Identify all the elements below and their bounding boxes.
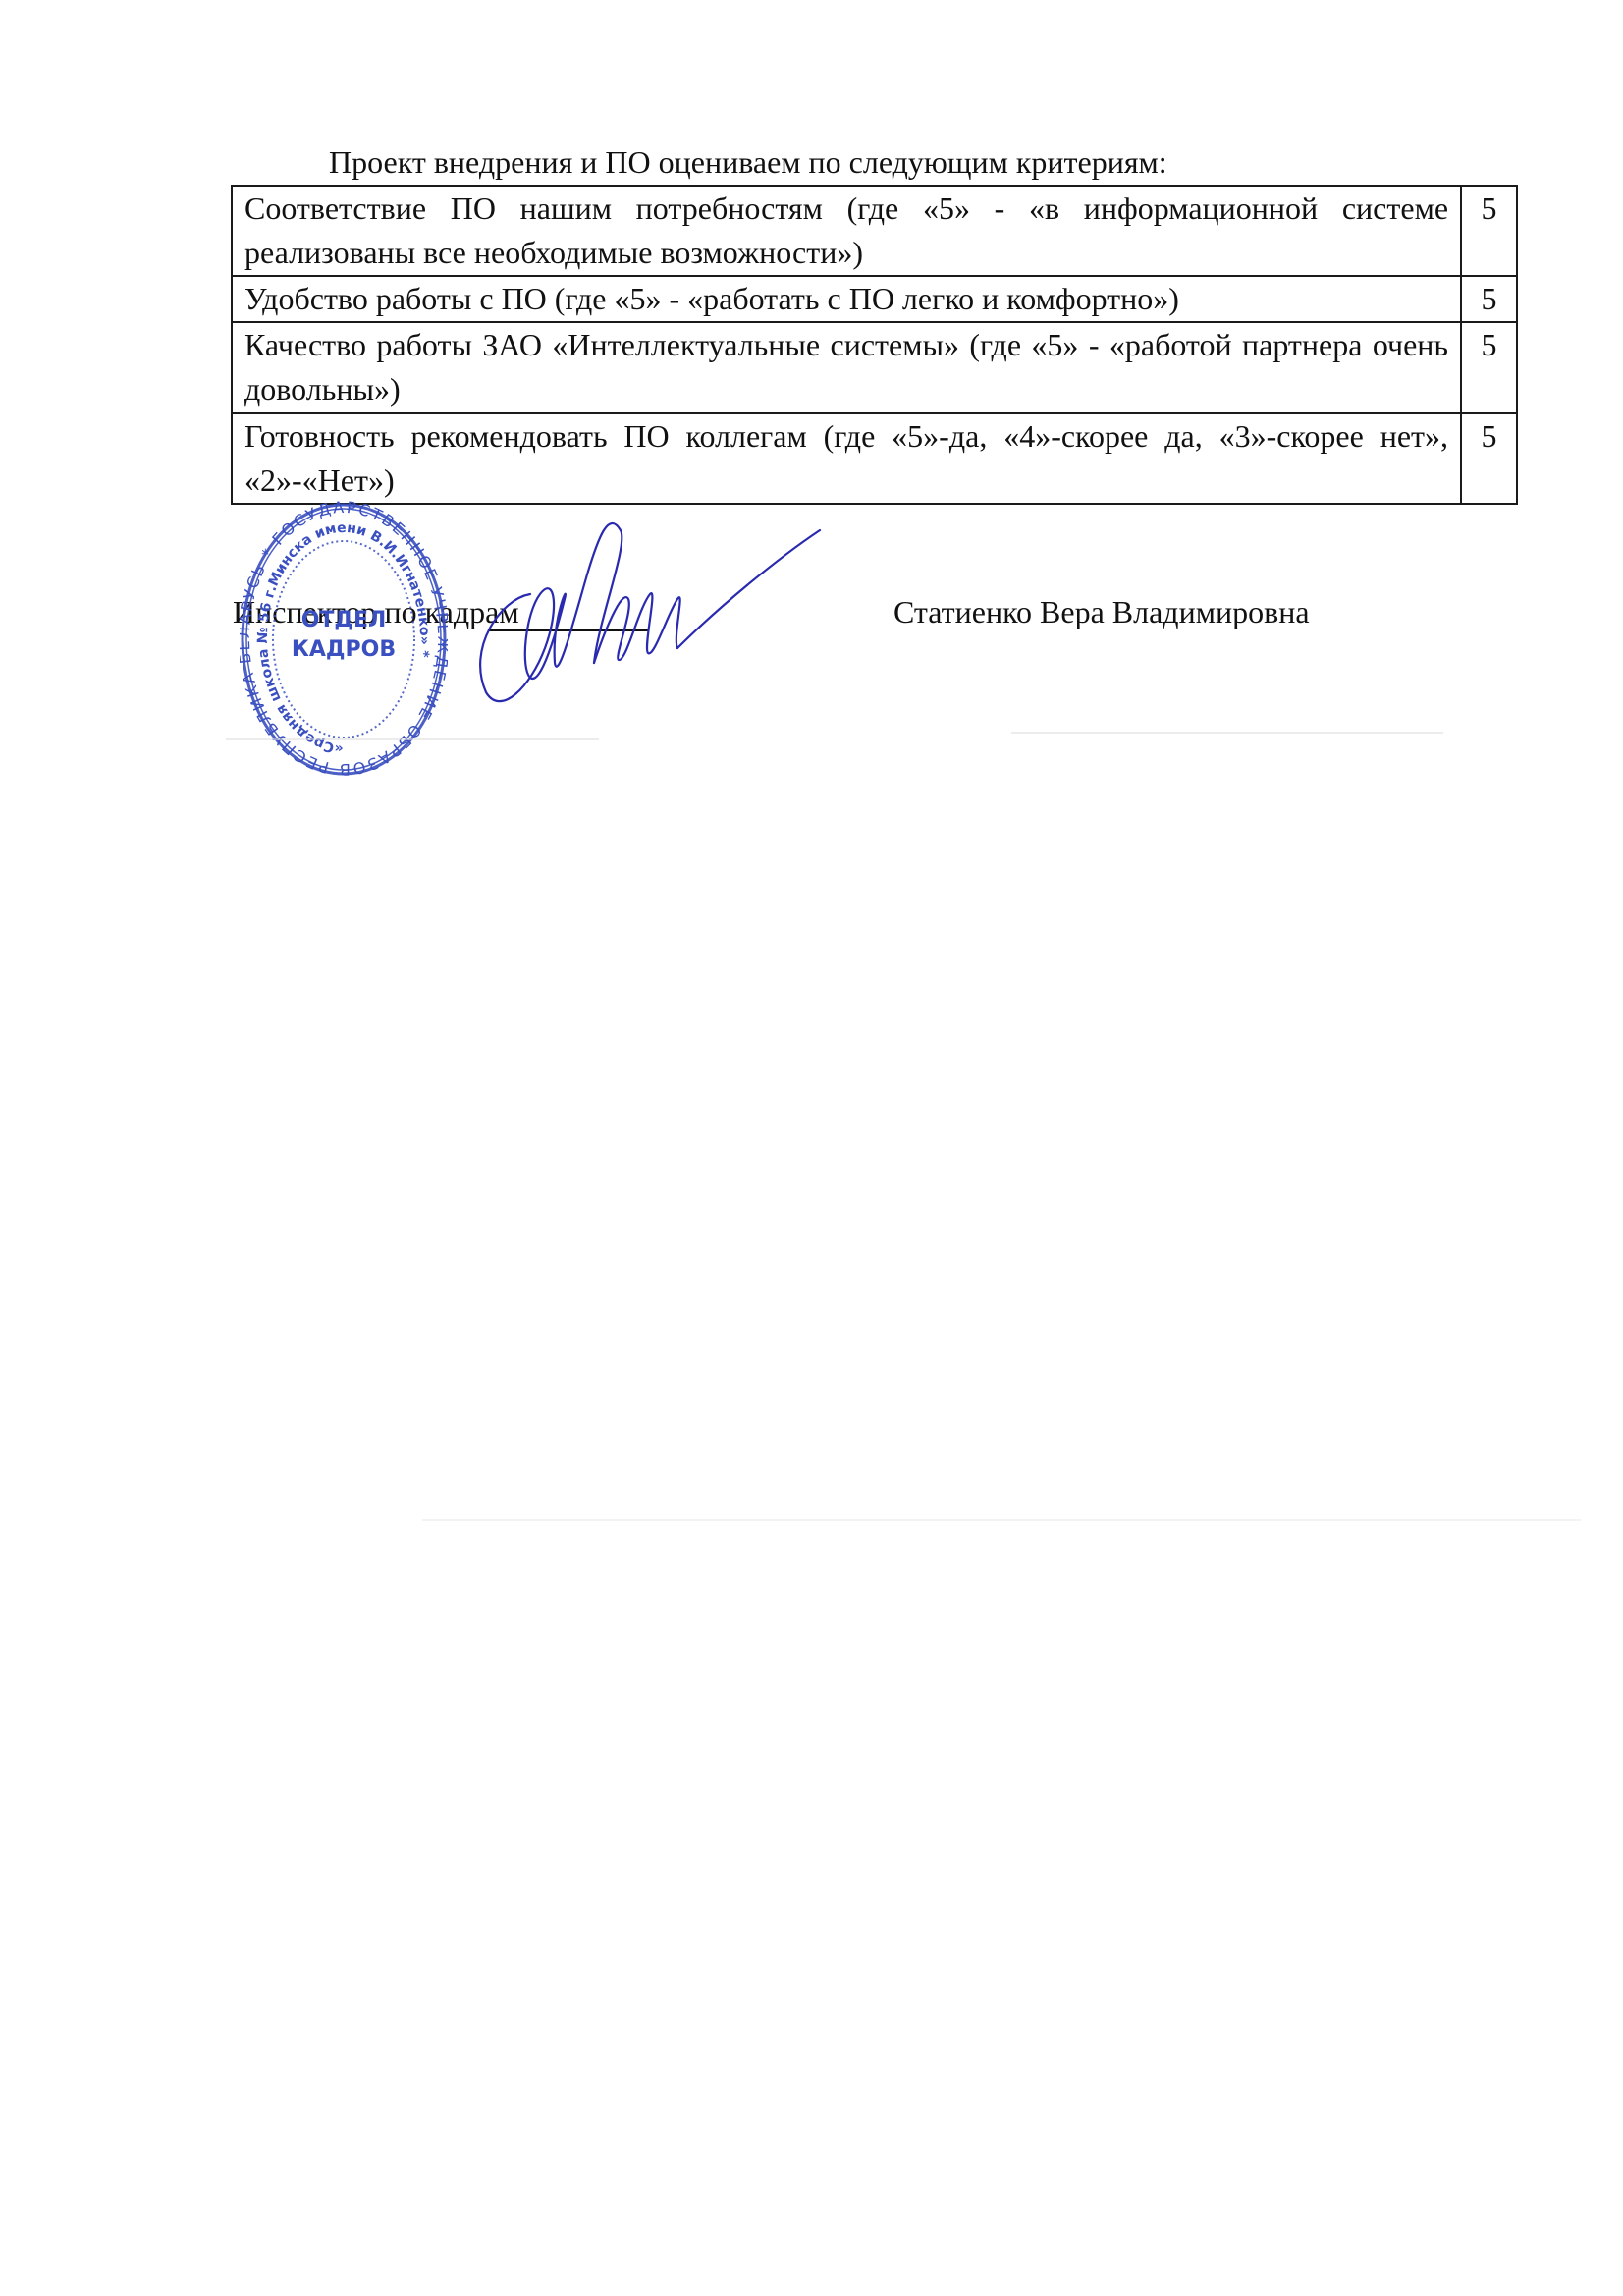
criteria-row: Качество работы ЗАО «Интеллектуальные си… [232,322,1517,413]
criterion-score: 5 [1461,186,1517,276]
criterion-label: Готовность рекомендовать ПО коллегам (гд… [232,413,1461,504]
scan-artifact-line [226,738,599,740]
stamp-center-line2: КАДРОВ [292,637,396,662]
handwritten-signature-icon [461,501,992,727]
stamp-center-line1: ОТДЕЛ [301,608,387,632]
criteria-row: Соответствие ПО нашим потребностям (где … [232,186,1517,276]
criteria-row: Готовность рекомендовать ПО коллегам (гд… [232,413,1517,504]
criterion-score: 5 [1461,276,1517,322]
criterion-label: Удобство работы с ПО (где «5» - «работат… [232,276,1461,322]
criteria-row: Удобство работы с ПО (где «5» - «работат… [232,276,1517,322]
intro-text: Проект внедрения и ПО оцениваем по следу… [329,143,1167,181]
criterion-score: 5 [1461,322,1517,413]
criterion-label: Качество работы ЗАО «Интеллектуальные си… [232,322,1461,413]
criterion-label: Соответствие ПО нашим потребностям (где … [232,186,1461,276]
scan-artifact-line [422,1519,1581,1521]
criteria-table: Соответствие ПО нашим потребностям (где … [231,185,1518,505]
criterion-score: 5 [1461,413,1517,504]
official-stamp-icon: РЕСПУБЛИКА БЕЛАРУСЬ * ГОСУДАРСТВЕННОЕ УЧ… [240,501,448,778]
scan-artifact-line [1011,732,1443,734]
